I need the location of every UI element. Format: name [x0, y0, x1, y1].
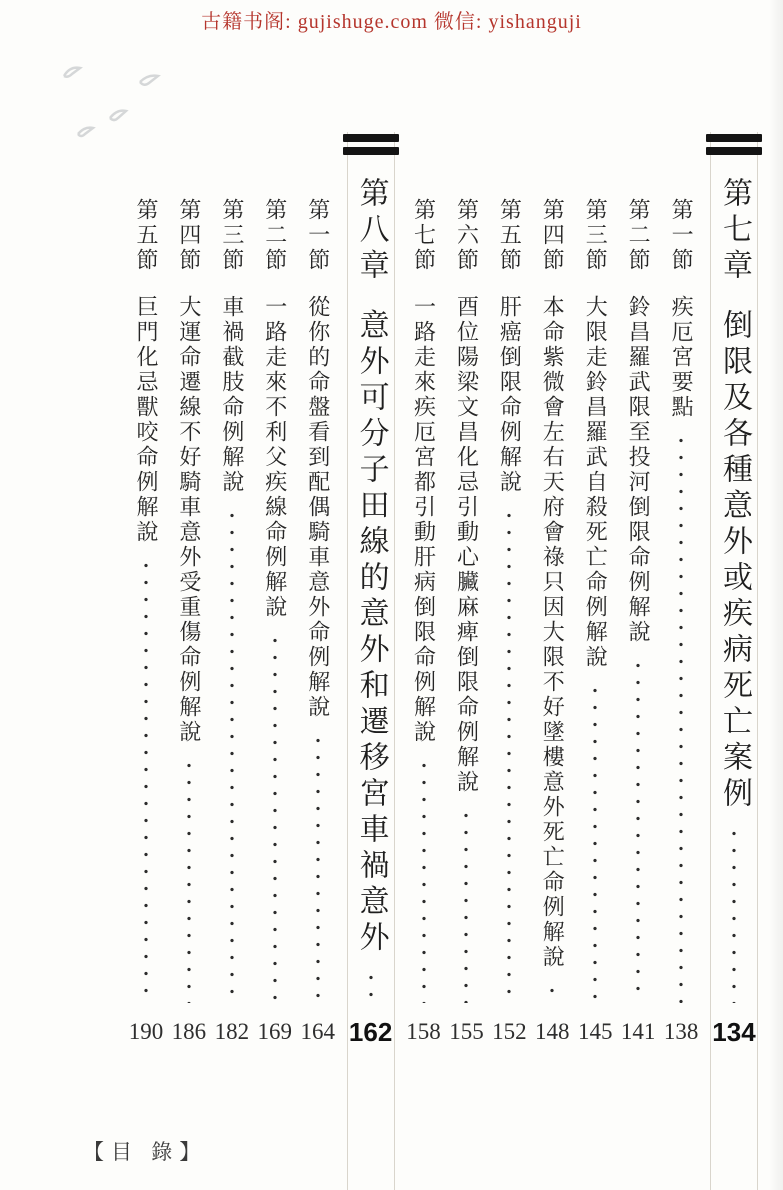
dot-leader: [186, 757, 192, 1003]
toc-entry-label: 第四節: [541, 198, 563, 273]
toc-entry: 第三節 車禍截肢命例解說 182: [214, 130, 250, 1055]
tab-bar: [343, 134, 399, 142]
toc-entry-label: 第二節: [627, 198, 649, 273]
smudge-mark: [110, 111, 126, 120]
footer-label: 【目 錄】: [83, 1136, 207, 1166]
toc-entry: 第七節 一路走來疾厄宮都引動肝病倒限命例解說 158: [406, 130, 442, 1055]
smudge-mark: [78, 128, 93, 136]
toc-entry-page: 186: [172, 1009, 207, 1055]
toc-entry-title: 本命紫微會左右天府會祿只因大限不好墜樓意外死亡命例解說: [541, 295, 563, 970]
toc-entry-label: 第三節: [221, 198, 243, 273]
toc-entry-text-column: 第二節 鈴昌羅武限至投河倒限命例解說: [620, 198, 656, 1009]
dot-leader: [272, 632, 278, 1003]
toc-entry-page: 134: [712, 1009, 755, 1055]
dot-leader: [421, 757, 427, 1003]
dot-leader: [143, 557, 149, 1003]
dot-leader: [368, 969, 374, 1003]
toc-entry-label: 第五節: [135, 198, 157, 273]
toc-entry-title: 鈴昌羅武限至投河倒限命例解說: [627, 295, 649, 645]
toc-entry: 第五節 肝癌倒限命例解說 152: [491, 130, 527, 1055]
toc-entry-label: 第六節: [455, 198, 477, 273]
toc-entry-page: 162: [349, 1009, 392, 1055]
toc-entry-text-column: 第六節 酉位陽梁文昌化忌引動心臟麻痺倒限命例解說: [448, 198, 484, 1009]
toc-entry-page: 152: [492, 1009, 527, 1055]
book-toc-page: 古籍书阁: gujishuge.com 微信: yishanguji 第七章 倒…: [0, 0, 783, 1190]
toc-entry-page: 145: [578, 1009, 613, 1055]
toc-entry-label: 第四節: [178, 198, 200, 273]
toc-entry-title: 意外可分子田線的意外和遷移宮車禍意外: [356, 309, 386, 957]
toc-entry-page: 158: [406, 1009, 441, 1055]
toc-entry-label: 第七章: [719, 177, 749, 285]
toc-entry-text-column: 第三節 車禍截肢命例解說: [214, 198, 250, 1009]
toc-entry-title: 從你的命盤看到配偶騎車意外命例解說: [307, 295, 329, 720]
toc-entry: 第二節 鈴昌羅武限至投河倒限命例解說 141: [620, 130, 656, 1055]
dot-leader: [506, 507, 512, 1003]
toc-entry-label: 第五節: [498, 198, 520, 273]
tab-bar: [706, 147, 762, 155]
toc-entry-page: 169: [258, 1009, 293, 1055]
dot-leader: [592, 682, 598, 1003]
tab-bar: [706, 134, 762, 142]
toc-entry-label: 第七節: [413, 198, 435, 273]
dot-leader: [315, 732, 321, 1003]
toc-entry: 第二節 一路走來不利父疾線命例解說 169: [257, 130, 293, 1055]
toc-entry: 第一節 從你的命盤看到配偶騎車意外命例解說 164: [300, 130, 336, 1055]
toc-entry-text-column: 第一節 從你的命盤看到配偶騎車意外命例解說: [300, 198, 336, 1009]
toc-entry: 第四節 大運命遷線不好騎車意外受重傷命例解說 186: [171, 130, 207, 1055]
tab-bar: [343, 147, 399, 155]
toc-entry-title: 一路走來不利父疾線命例解說: [264, 295, 286, 620]
toc: 第七章 倒限及各種意外或疾病死亡案例 134 第一節 疾厄宮要點 138 第二節…: [128, 130, 762, 1055]
dot-leader: [731, 825, 737, 1003]
toc-entry-text-column: 第一節 疾厄宮要點: [663, 198, 699, 1009]
dot-leader: [463, 807, 469, 1003]
dot-leader: [678, 432, 684, 1003]
toc-entry-title: 大運命遷線不好騎車意外受重傷命例解說: [178, 295, 200, 745]
dot-leader: [635, 657, 641, 1003]
toc-entry-title: 肝癌倒限命例解說: [498, 295, 520, 495]
toc-entry-text-column: 第五節 巨門化忌獸咬命例解說: [128, 198, 164, 1009]
toc-entry-text-column: 第三節 大限走鈴昌羅武自殺死亡命例解說: [577, 198, 613, 1009]
toc-entry-page: 148: [535, 1009, 570, 1055]
smudge-mark: [140, 76, 158, 85]
toc-entry-page: 138: [664, 1009, 699, 1055]
toc-entry-page: 155: [449, 1009, 484, 1055]
toc-entry-title: 酉位陽梁文昌化忌引動心臟麻痺倒限命例解說: [455, 295, 477, 795]
toc-entry-text-column: 第四節 本命紫微會左右天府會祿只因大限不好墜樓意外死亡命例解說: [534, 198, 570, 1009]
toc-entry-label: 第一節: [307, 198, 329, 273]
smudge-mark: [64, 68, 80, 77]
toc-entry-title: 巨門化忌獸咬命例解說: [135, 295, 157, 545]
chapter-tab-bars-icon: [343, 134, 399, 155]
toc-entry-title: 疾厄宮要點: [670, 295, 692, 420]
toc-entry: 第三節 大限走鈴昌羅武自殺死亡命例解說 145: [577, 130, 613, 1055]
toc-entry-label: 第八章: [356, 177, 386, 285]
toc-entry-page: 190: [129, 1009, 164, 1055]
toc-entry-title: 大限走鈴昌羅武自殺死亡命例解說: [584, 295, 606, 670]
toc-entry-title: 車禍截肢命例解說: [221, 295, 243, 495]
toc-entry-text-column: 第四節 大運命遷線不好騎車意外受重傷命例解說: [171, 198, 207, 1009]
toc-entry: 第五節 巨門化忌獸咬命例解說 190: [128, 130, 164, 1055]
chapter-tab-bars-icon: [706, 134, 762, 155]
toc-entry-page: 164: [300, 1009, 335, 1055]
toc-entry-text-column: 第七章 倒限及各種意外或疾病死亡案例: [706, 177, 762, 1009]
toc-entry-label: 第二節: [264, 198, 286, 273]
toc-entry-label: 第一節: [670, 198, 692, 273]
toc-entry-title: 一路走來疾厄宮都引動肝病倒限命例解說: [413, 295, 435, 745]
dot-leader: [229, 507, 235, 1003]
toc-entry-label: 第三節: [584, 198, 606, 273]
toc-entry: 第一節 疾厄宮要點 138: [663, 130, 699, 1055]
toc-entry: 第四節 本命紫微會左右天府會祿只因大限不好墜樓意外死亡命例解說 148: [534, 130, 570, 1055]
toc-entry: 第七章 倒限及各種意外或疾病死亡案例 134: [706, 130, 762, 1055]
toc-entry-text-column: 第二節 一路走來不利父疾線命例解說: [257, 198, 293, 1009]
toc-entry-text-column: 第五節 肝癌倒限命例解說: [491, 198, 527, 1009]
dot-leader: [549, 982, 555, 1003]
toc-entry: 第八章 意外可分子田線的意外和遷移宮車禍意外 162: [343, 130, 399, 1055]
toc-entry-text-column: 第七節 一路走來疾厄宮都引動肝病倒限命例解說: [406, 198, 442, 1009]
toc-entry-text-column: 第八章 意外可分子田線的意外和遷移宮車禍意外: [343, 177, 399, 1009]
toc-entry-page: 141: [621, 1009, 656, 1055]
toc-entry-title: 倒限及各種意外或疾病死亡案例: [719, 309, 749, 813]
toc-entry: 第六節 酉位陽梁文昌化忌引動心臟麻痺倒限命例解說 155: [448, 130, 484, 1055]
toc-entry-page: 182: [215, 1009, 250, 1055]
